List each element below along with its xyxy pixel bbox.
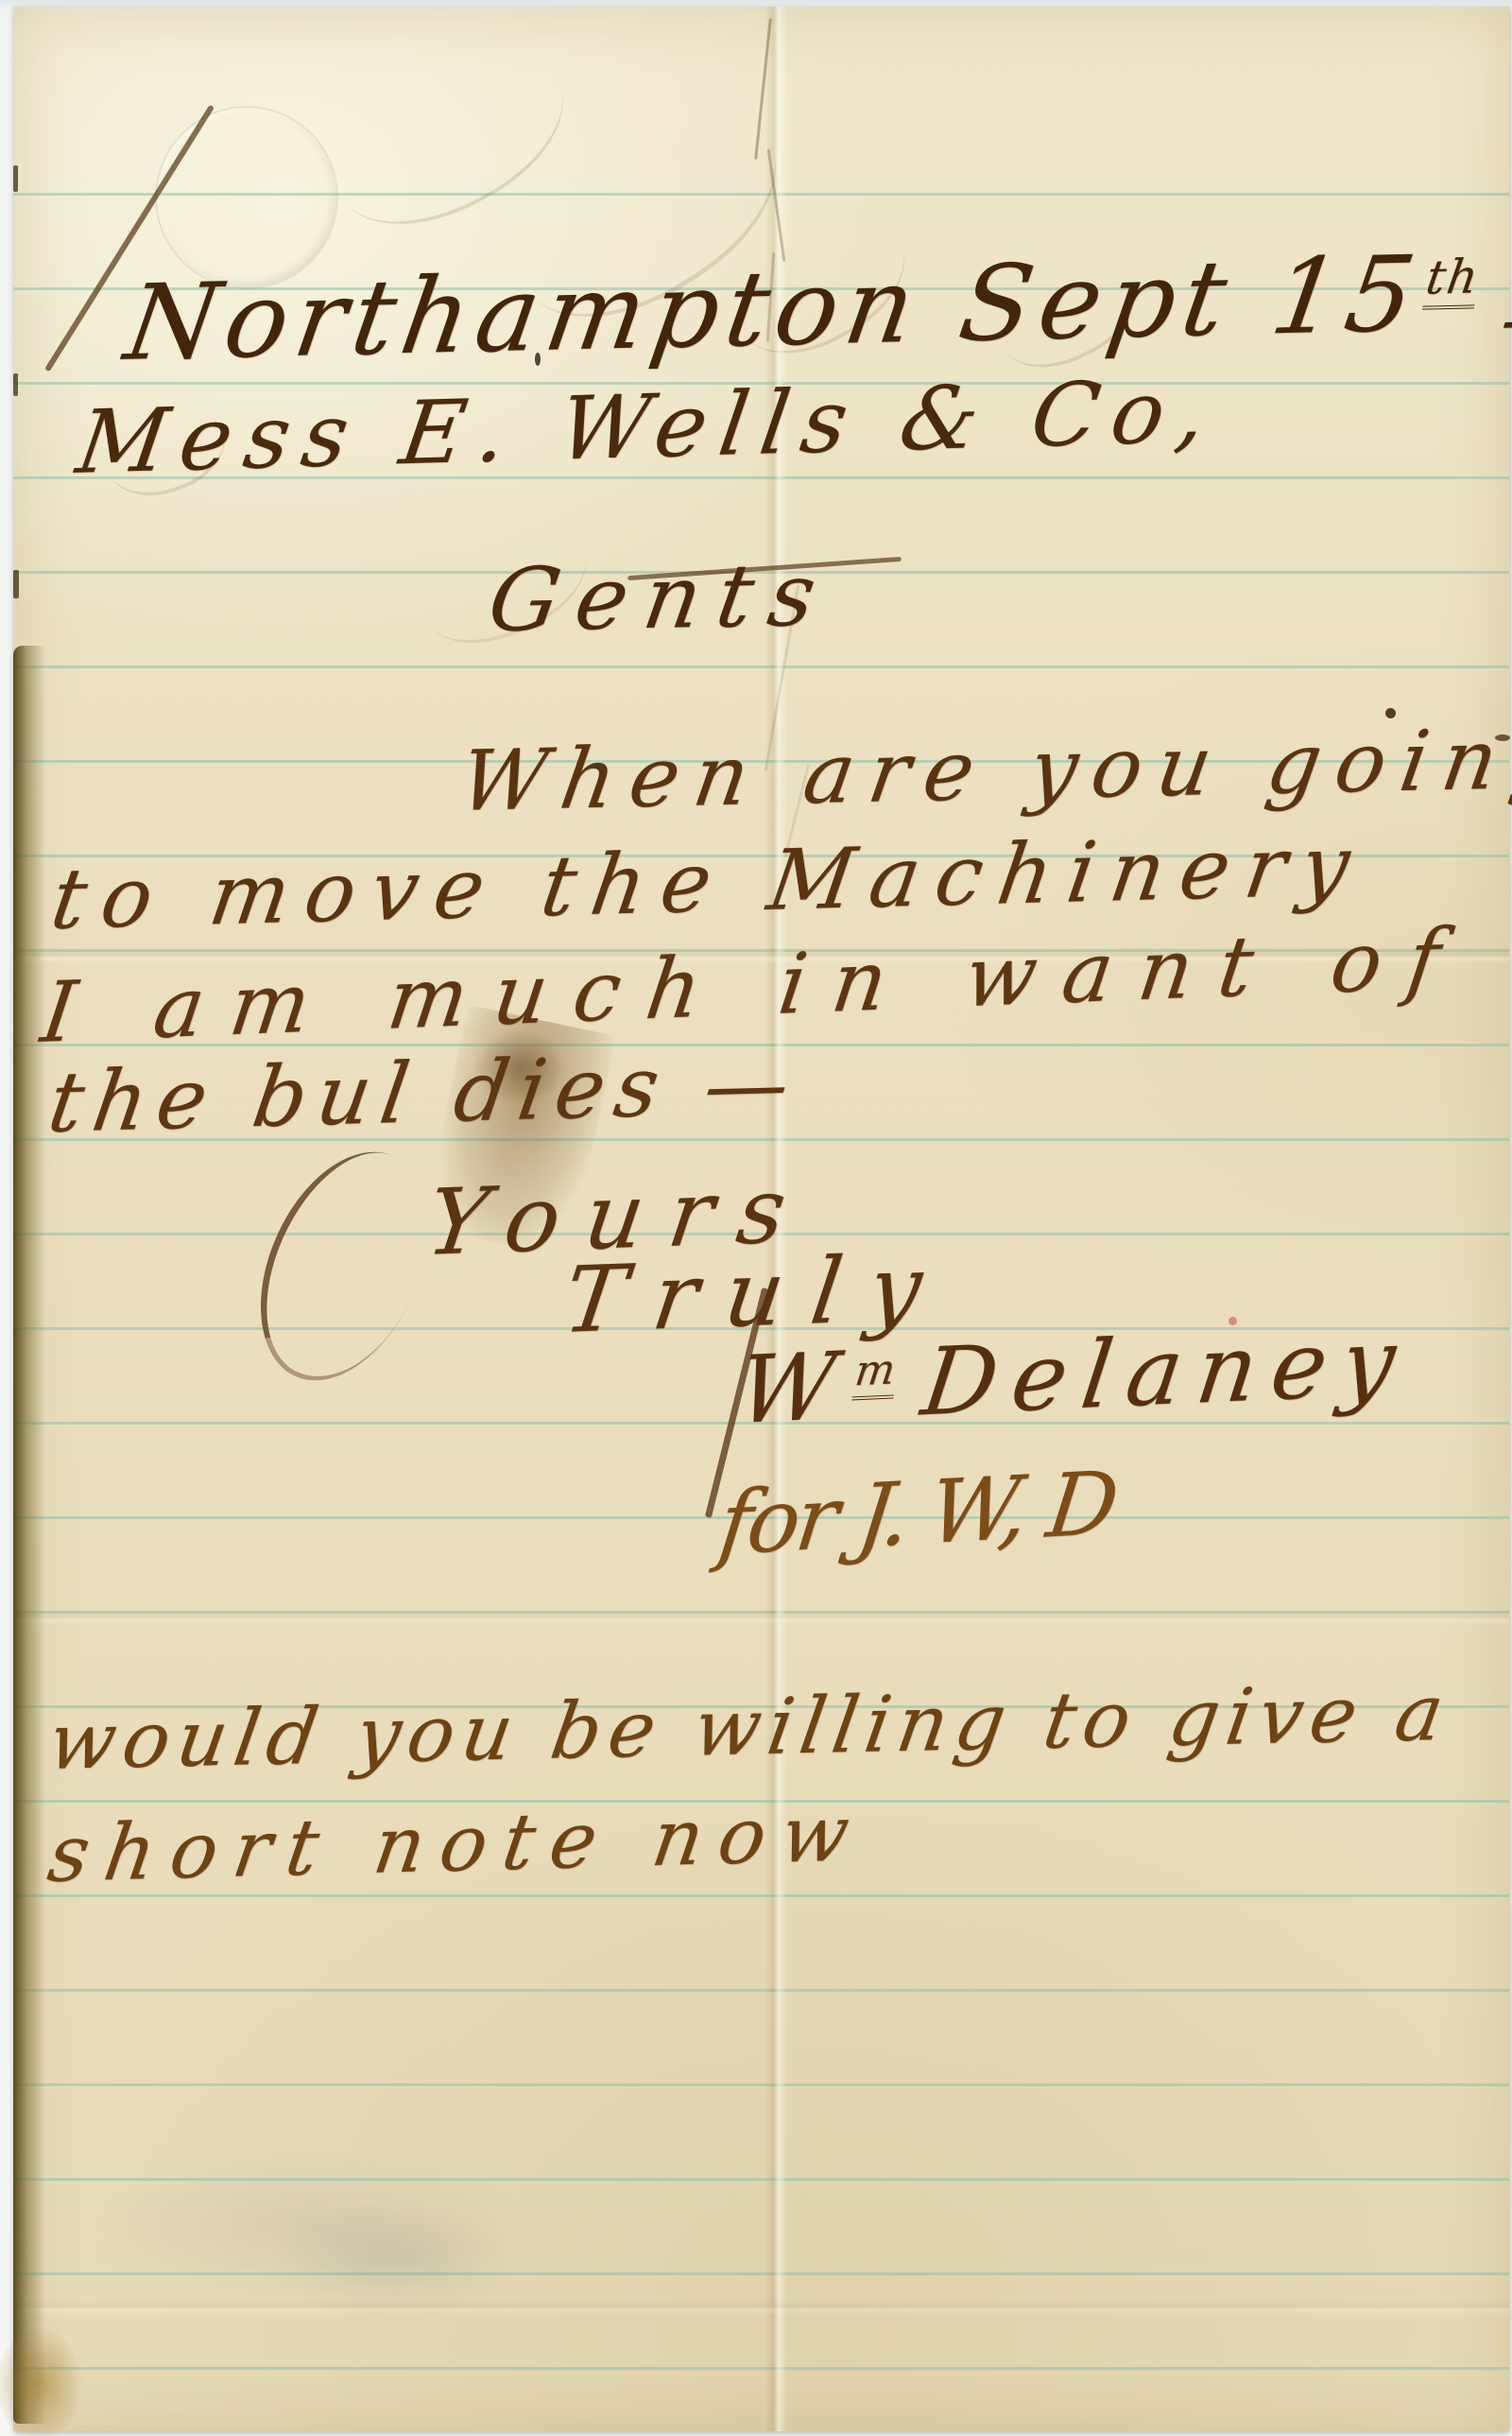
salutation: Gents [482,544,839,651]
scanned-letter: Northampton Sept 15th1869 Mess E. Wells … [0,0,1512,2436]
signature-initial: W [732,1332,857,1445]
dateline-year: 1869 [1492,224,1512,353]
letter-paper: Northampton Sept 15th1869 Mess E. Wells … [13,7,1509,2431]
signature-surname: Delaney [916,1307,1416,1437]
edge-mark [13,570,19,598]
dateline: Northampton Sept 15th1869 [118,224,1512,384]
horizontal-fold-crease [13,2299,1509,2316]
torn-left-edge [13,646,45,2424]
edge-mark [13,165,18,192]
ink-showthrough-mark [305,14,591,258]
gray-stain [94,2152,528,2294]
postscript-line-1: would you be willing to give a [43,1668,1457,1788]
signature-superscript: m [851,1346,900,1401]
dateline-ordinal: th [1421,250,1483,311]
horizontal-fold-crease [13,1609,1509,1626]
per-signature-line: for J. W, D [713,1452,1120,1575]
postscript-line-2: short note now [43,1788,871,1900]
body-line-4: the bul dies — [43,1034,806,1151]
body-line-1: When are you going [454,709,1512,830]
edge-mark [13,373,18,396]
